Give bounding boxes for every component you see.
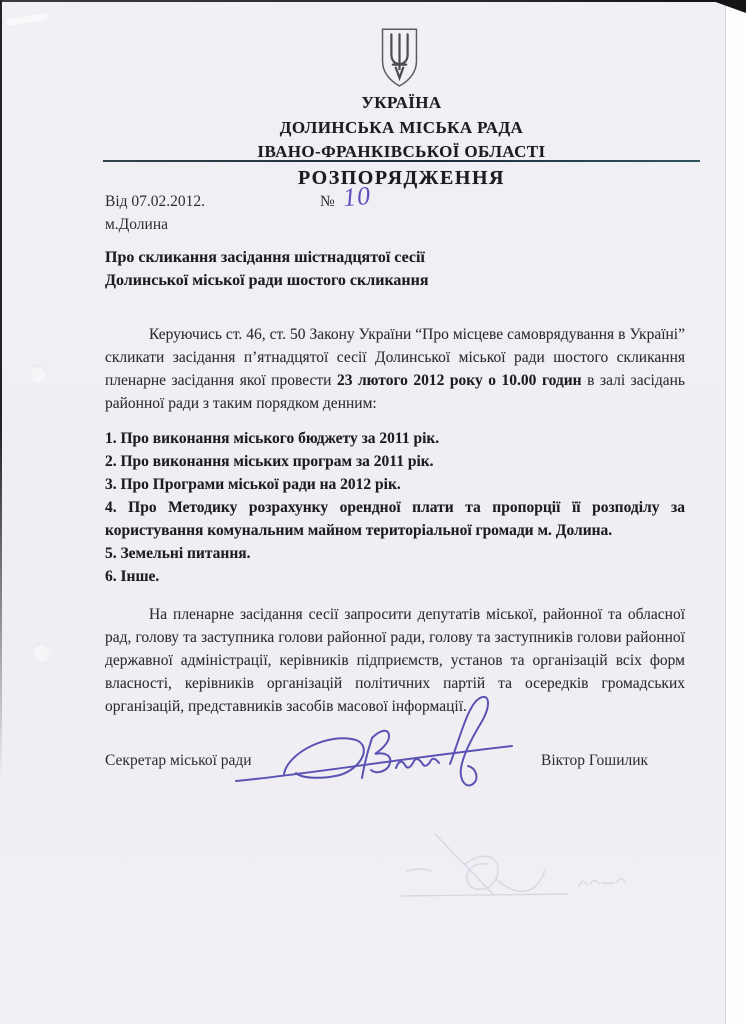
letterhead-divider	[103, 160, 700, 162]
hole-punch-bottom	[33, 643, 50, 660]
hole-punch-top	[30, 365, 46, 381]
subject-line-1: Про скликання засідання шістнадцятої сес…	[105, 246, 685, 269]
number-sign: №	[320, 190, 335, 213]
agenda-item-3: 3. Про Програми міської ради на 2012 рік…	[105, 473, 685, 496]
country-name: УКРАЇНА	[103, 91, 700, 116]
council-name: ДОЛИНСЬКА МІСЬКА РАДА	[103, 116, 700, 141]
agenda-item-5: 5. Земельні питання.	[105, 542, 685, 565]
agenda-item-6: 6. Інше.	[105, 565, 685, 588]
agenda-item-4: 4. Про Методику розрахунку орендної плат…	[105, 496, 685, 542]
scan-edge-seam	[725, 0, 726, 1024]
paragraph-1-bold-date: 23 лютого 2012 року о 10.00 годин	[337, 372, 582, 389]
scan-edge-top	[0, 0, 727, 2]
handwritten-signature	[222, 678, 522, 810]
agenda-item-1: 1. Про виконання міського бюджету за 201…	[105, 427, 685, 450]
document-date: Від 07.02.2012.	[105, 190, 205, 213]
signer-name: Віктор Гошилик	[541, 749, 648, 772]
subject-line-2: Долинської міської ради шостого скликанн…	[105, 269, 685, 292]
handwritten-document-number: 10	[342, 181, 373, 213]
city-name: м.Долина	[105, 213, 168, 236]
document-type-title: РОЗПОРЯДЖЕННЯ	[103, 165, 700, 191]
scan-corner-shadow	[710, 0, 746, 13]
body-paragraph-1: Керуючись ст. 46, ст. 50 Закону України …	[105, 323, 685, 415]
letterhead: УКРАЇНА ДОЛИНСЬКА МІСЬКА РАДА ІВАНО-ФРАН…	[103, 91, 700, 165]
bleedthrough-signature	[393, 822, 645, 916]
scanned-document-page: УКРАЇНА ДОЛИНСЬКА МІСЬКА РАДА ІВАНО-ФРАН…	[0, 0, 746, 1024]
agenda-list: 1. Про виконання міського бюджету за 201…	[105, 427, 685, 588]
agenda-item-2: 2. Про виконання міських програм за 2011…	[105, 450, 685, 473]
subject-block: Про скликання засідання шістнадцятої сес…	[105, 246, 685, 292]
ukraine-trident-icon	[372, 27, 427, 89]
scan-edge-left	[0, 0, 2, 780]
